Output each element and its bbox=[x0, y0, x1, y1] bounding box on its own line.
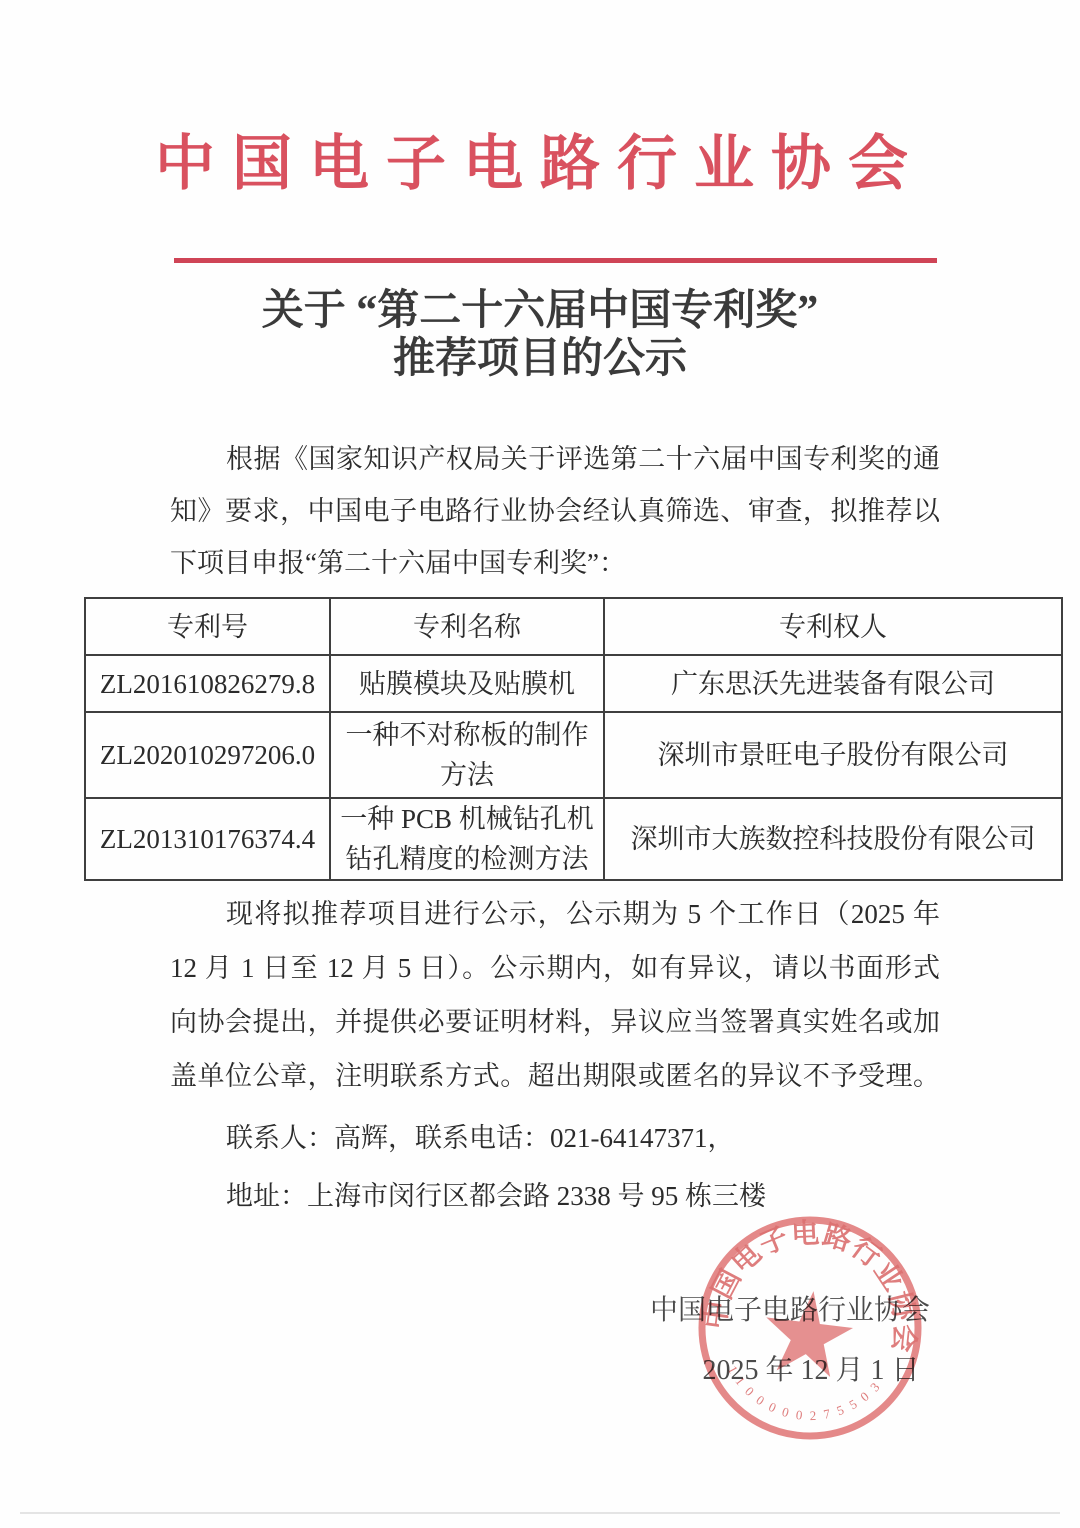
patent-name-line: 一种 PCB 机械钻孔机 bbox=[335, 799, 599, 839]
paragraph-line: 现将拟推荐项目进行公示，公示期为 5 个工作日（2025 年 bbox=[170, 887, 940, 941]
patent-no-cell: ZL201310176374.4 bbox=[85, 798, 330, 880]
patent-table: 专利号 专利名称 专利权人 ZL201610826279.8 贴膜模块及贴膜机 … bbox=[84, 597, 1063, 881]
patent-no-cell: ZL202010297206.0 bbox=[85, 712, 330, 798]
patent-owner-cell: 深圳市景旺电子股份有限公司 bbox=[604, 712, 1062, 798]
paragraph-line: 12 月 1 日至 12 月 5 日）。公示期内，如有异议，请以书面形式 bbox=[170, 941, 940, 995]
document-title-line2: 推荐项目的公示 bbox=[0, 335, 1080, 383]
patent-name-cell: 一种不对称板的制作 方法 bbox=[330, 712, 604, 798]
seal-group: 中国电子电路行业协会 1100000275503 bbox=[695, 1213, 925, 1443]
document-title-line1: 关于 “第二十六届中国专利奖” bbox=[0, 287, 1080, 335]
table-row: ZL202010297206.0 一种不对称板的制作 方法 深圳市景旺电子股份有… bbox=[85, 712, 1062, 798]
paragraph-line: 知》要求，中国电子电路行业协会经认真筛选、审查，拟推荐以 bbox=[170, 485, 940, 537]
patent-name-line: 钻孔精度的检测方法 bbox=[335, 839, 599, 879]
column-header-patent-name: 专利名称 bbox=[330, 598, 604, 655]
paragraph-line: 向协会提出，并提供必要证明材料，异议应当签署真实姓名或加 bbox=[170, 995, 940, 1049]
letterhead-rule bbox=[174, 258, 937, 263]
paragraph-line: 根据《国家知识产权局关于评选第二十六届中国专利奖的通 bbox=[170, 433, 940, 485]
paragraph-line: 盖单位公章，注明联系方式。超出期限或匿名的异议不予受理。 bbox=[170, 1049, 940, 1103]
patent-owner-cell: 深圳市大族数控科技股份有限公司 bbox=[604, 798, 1062, 880]
patent-no-cell: ZL201610826279.8 bbox=[85, 655, 330, 712]
contact-info: 联系人：高辉，联系电话：021-64147371， 地址：上海市闵行区都会路 2… bbox=[170, 1109, 940, 1225]
patent-name-cell: 一种 PCB 机械钻孔机 钻孔精度的检测方法 bbox=[330, 798, 604, 880]
official-seal-stamp: 中国电子电路行业协会 1100000275503 bbox=[695, 1213, 925, 1443]
paragraph-publicity: 现将拟推荐项目进行公示，公示期为 5 个工作日（2025 年 12 月 1 日至… bbox=[170, 887, 940, 1103]
patent-name-line: 贴膜模块及贴膜机 bbox=[335, 664, 599, 704]
column-header-patent-no: 专利号 bbox=[85, 598, 330, 655]
patent-owner-cell: 广东思沃先进装备有限公司 bbox=[604, 655, 1062, 712]
page-edge-line bbox=[20, 1512, 1060, 1514]
paragraph-intro: 根据《国家知识产权局关于评选第二十六届中国专利奖的通 知》要求，中国电子电路行业… bbox=[170, 433, 940, 589]
document-page: 中国电子电路行业协会 关于 “第二十六届中国专利奖” 推荐项目的公示 根据《国家… bbox=[0, 0, 1080, 1528]
letterhead-org-name: 中国电子电路行业协会 bbox=[0, 128, 1080, 200]
table-row: ZL201610826279.8 贴膜模块及贴膜机 广东思沃先进装备有限公司 bbox=[85, 655, 1062, 712]
table-row: ZL201310176374.4 一种 PCB 机械钻孔机 钻孔精度的检测方法 … bbox=[85, 798, 1062, 880]
document-title: 关于 “第二十六届中国专利奖” 推荐项目的公示 bbox=[0, 287, 1080, 383]
patent-name-cell: 贴膜模块及贴膜机 bbox=[330, 655, 604, 712]
column-header-patent-owner: 专利权人 bbox=[604, 598, 1062, 655]
seal-star-icon bbox=[760, 1286, 857, 1379]
contact-person-line: 联系人：高辉，联系电话：021-64147371， bbox=[170, 1109, 940, 1167]
table-header-row: 专利号 专利名称 专利权人 bbox=[85, 598, 1062, 655]
patent-name-line: 一种不对称板的制作 bbox=[335, 715, 599, 755]
patent-name-line: 方法 bbox=[335, 755, 599, 795]
paragraph-line: 下项目申报“第二十六届中国专利奖”： bbox=[170, 537, 940, 589]
